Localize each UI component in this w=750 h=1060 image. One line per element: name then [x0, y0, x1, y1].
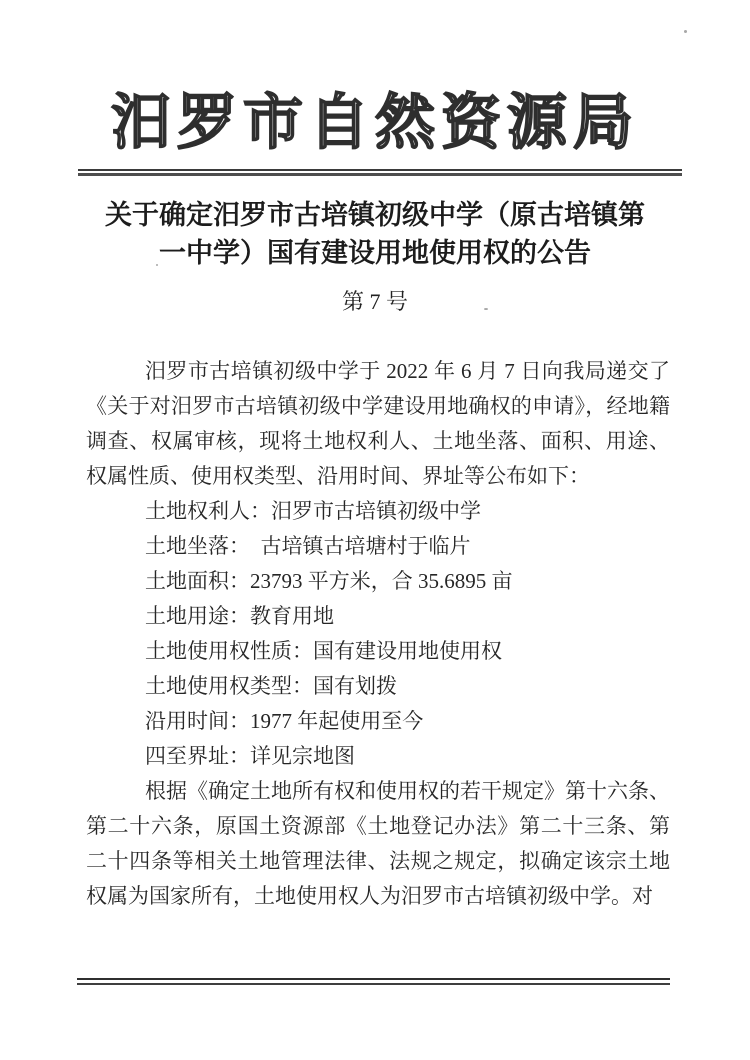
field-label: 土地坐落： — [145, 534, 240, 558]
field-value: 汨罗市古培镇初级中学 — [271, 499, 481, 523]
field-row-use-right-type: 土地使用权类型：国有划拨 — [86, 669, 670, 704]
field-label: 土地使用权类型： — [145, 674, 313, 698]
bottom-rule — [77, 978, 670, 985]
field-value: 教育用地 — [250, 604, 334, 628]
field-row-land-rights-holder: 土地权利人：汨罗市古培镇初级中学 — [86, 494, 670, 529]
field-value: 古培镇古培塘村于临片 — [240, 534, 471, 558]
field-value: 23793 平方米，合 35.6895 亩 — [250, 569, 513, 593]
field-value: 详见宗地图 — [250, 744, 355, 768]
document-page: 汨罗市自然资源局 关于确定汨罗市古培镇初级中学（原古培镇第 一中学）国有建设用地… — [0, 0, 750, 1060]
field-row-boundary: 四至界址：详见宗地图 — [86, 739, 670, 774]
field-value: 国有划拨 — [313, 674, 397, 698]
field-row-land-location: 土地坐落： 古培镇古培塘村于临片 — [86, 529, 670, 564]
field-row-use-right-nature: 土地使用权性质：国有建设用地使用权 — [86, 634, 670, 669]
scan-speckle — [484, 308, 488, 310]
scan-speckle — [684, 30, 687, 33]
field-value: 1977 年起使用至今 — [250, 709, 423, 733]
agency-name: 汨罗市自然资源局 — [0, 86, 750, 160]
field-label: 土地使用权性质： — [145, 639, 313, 663]
document-title-line1: 关于确定汨罗市古培镇初级中学（原古培镇第 — [44, 196, 706, 234]
field-label: 四至界址： — [145, 744, 250, 768]
header-rule — [78, 169, 682, 176]
document-title: 关于确定汨罗市古培镇初级中学（原古培镇第 一中学）国有建设用地使用权的公告 — [44, 196, 706, 272]
opening-paragraph: 汨罗市古培镇初级中学于 2022 年 6 月 7 日向我局递交了《关于对汨罗市古… — [86, 354, 670, 494]
field-label: 土地面积： — [145, 569, 250, 593]
document-body: 汨罗市古培镇初级中学于 2022 年 6 月 7 日向我局递交了《关于对汨罗市古… — [86, 354, 670, 914]
field-value: 国有建设用地使用权 — [313, 639, 502, 663]
closing-paragraph: 根据《确定土地所有权和使用权的若干规定》第十六条、第二十六条，原国土资源部《土地… — [86, 774, 670, 914]
document-number: 第 7 号 — [0, 287, 750, 317]
document-title-line2: 一中学）国有建设用地使用权的公告 — [44, 234, 706, 272]
field-row-usage-period: 沿用时间：1977 年起使用至今 — [86, 704, 670, 739]
field-label: 沿用时间： — [145, 709, 250, 733]
scan-speckle — [156, 264, 158, 266]
field-label: 土地权利人： — [145, 499, 271, 523]
field-label: 土地用途： — [145, 604, 250, 628]
field-row-land-area: 土地面积：23793 平方米，合 35.6895 亩 — [86, 564, 670, 599]
field-row-land-use: 土地用途：教育用地 — [86, 599, 670, 634]
